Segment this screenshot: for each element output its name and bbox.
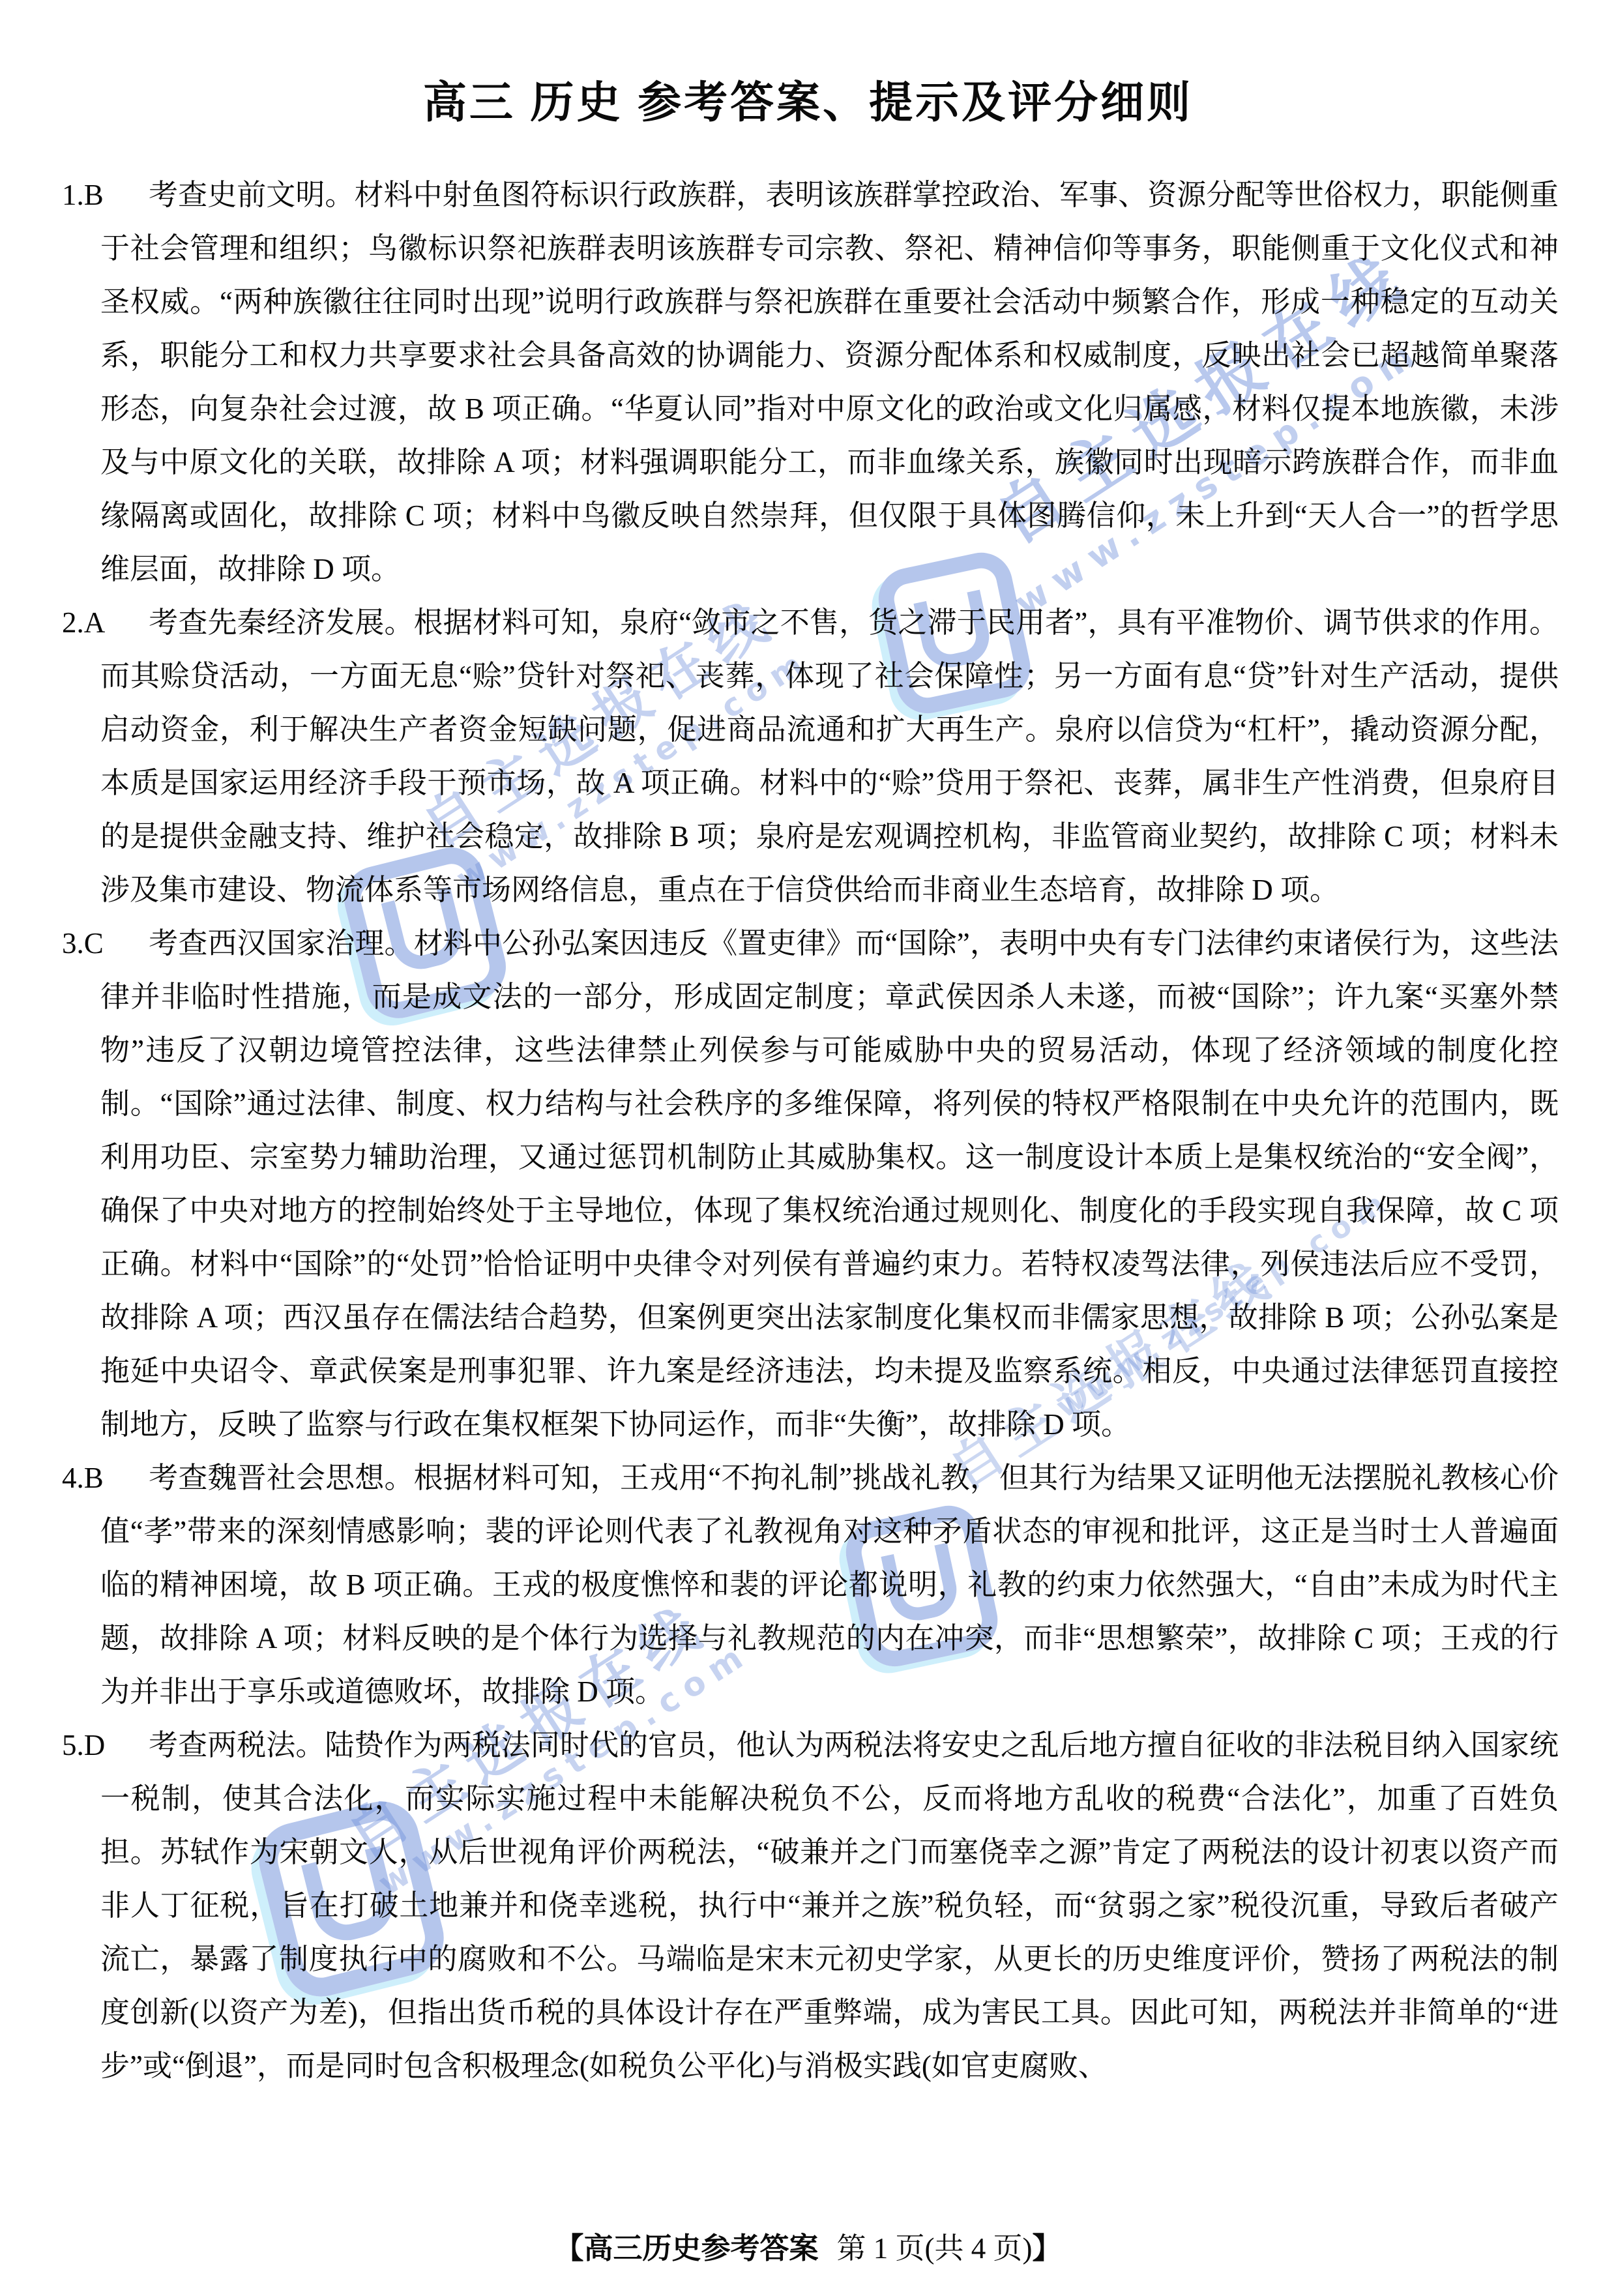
answer-item: 3.C考查西汉国家治理。材料中公孙弘案因违反《置吏律》而“国除”，表明中央有专门… (62, 917, 1559, 1451)
answer-number: 3.C (62, 917, 149, 970)
answer-item: 5.D考查两税法。陆贽作为两税法同时代的官员，他认为两税法将安史之乱后地方擅自征… (62, 1718, 1559, 2093)
answer-number: 1.B (62, 168, 149, 222)
footer-title: 【高三历史参考答案 (554, 2231, 818, 2265)
answer-number: 5.D (62, 1718, 149, 1772)
answer-text: 考查先秦经济发展。根据材料可知，泉府“敛市之不售，货之滞于民用者”，具有平准物价… (100, 606, 1559, 906)
answer-number: 4.B (62, 1451, 149, 1505)
answer-item: 4.B考查魏晋社会思想。根据材料可知，王戎用“不拘礼制”挑战礼教，但其行为结果又… (62, 1451, 1559, 1718)
answer-text: 考查史前文明。材料中射鱼图符标识行政族群，表明该族群掌控政治、军事、资源分配等世… (100, 179, 1559, 585)
page-footer: 【高三历史参考答案第 1 页(共 4 页)】 (0, 2224, 1616, 2267)
answer-text: 考查西汉国家治理。材料中公孙弘案因违反《置吏律》而“国除”，表明中央有专门法律约… (100, 927, 1559, 1441)
answer-item: 1.B考查史前文明。材料中射鱼图符标识行政族群，表明该族群掌控政治、军事、资源分… (62, 168, 1559, 596)
footer-page-number: 第 1 页(共 4 页) (837, 2232, 1033, 2265)
answers-section: 1.B考查史前文明。材料中射鱼图符标识行政族群，表明该族群掌控政治、军事、资源分… (62, 168, 1559, 2093)
answer-text: 考查魏晋社会思想。根据材料可知，王戎用“不拘礼制”挑战礼教，但其行为结果又证明他… (100, 1462, 1559, 1708)
answer-item: 2.A考查先秦经济发展。根据材料可知，泉府“敛市之不售，货之滞于民用者”，具有平… (62, 596, 1559, 917)
answer-text: 考查两税法。陆贽作为两税法同时代的官员，他认为两税法将安史之乱后地方擅自征收的非… (100, 1729, 1559, 2082)
footer-close-bracket: 】 (1032, 2231, 1061, 2265)
answer-sheet-page: 自主选报在线 www.zzstep.com 自主选报在线 www.zzstep.… (0, 0, 1616, 2296)
page-title: 高三 历史 参考答案、提示及评分细则 (0, 68, 1616, 130)
answer-number: 2.A (62, 596, 149, 649)
